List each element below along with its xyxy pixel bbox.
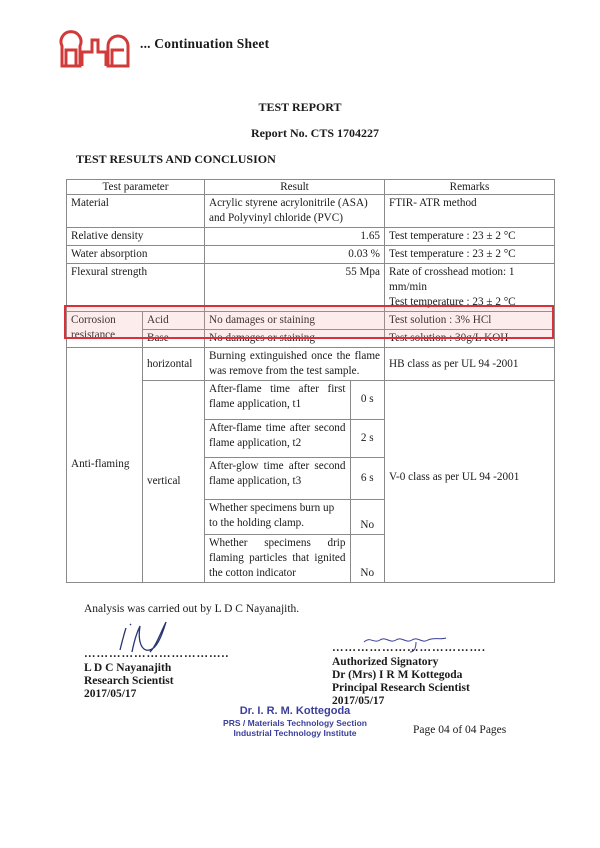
vertical-item-value: 0 s bbox=[350, 381, 384, 419]
table-row-corrosion-acid: Corrosion resistance Acid No damages or … bbox=[67, 312, 555, 330]
vertical-item: After-flame time after second flame appl… bbox=[205, 419, 384, 457]
continuation-sheet-label: ... Continuation Sheet bbox=[140, 36, 269, 52]
vertical-item-value: No bbox=[350, 499, 384, 534]
remarks-horizontal: HB class as per UL 94 -2001 bbox=[385, 348, 555, 381]
vertical-label: vertical bbox=[143, 381, 205, 583]
vertical-item-desc: After-flame time after first flame appli… bbox=[205, 381, 350, 419]
remarks-base: Test solution : 30g/L KOH bbox=[385, 330, 555, 348]
page-number: Page 04 of 04 Pages bbox=[413, 724, 506, 736]
report-title: TEST REPORT bbox=[0, 100, 600, 115]
param-material: Material bbox=[67, 195, 205, 228]
iti-logo-icon bbox=[58, 28, 132, 68]
vertical-item: After-glow time after second flame appli… bbox=[205, 457, 384, 499]
remarks-vertical: V-0 class as per UL 94 -2001 bbox=[385, 381, 555, 583]
left-signatory-role: Research Scientist bbox=[84, 675, 174, 688]
right-signatory-role: Principal Research Scientist bbox=[332, 682, 470, 695]
remarks-flexural-temp: Test temperature : 23 ± 2 °C bbox=[389, 295, 550, 310]
corrosion-acid-label: Acid bbox=[143, 312, 205, 330]
section-heading: TEST RESULTS AND CONCLUSION bbox=[76, 152, 276, 167]
table-row: Relative density 1.65 Test temperature :… bbox=[67, 228, 555, 246]
result-base: No damages or staining bbox=[205, 330, 385, 348]
right-signatory-name: Dr (Mrs) I R M Kottegoda bbox=[332, 669, 470, 682]
stamp-name: Dr. I. R. M. Kottegoda bbox=[0, 705, 600, 717]
result-material: Acrylic styrene acrylonitrile (ASA) and … bbox=[205, 195, 385, 228]
table-row: Flexural strength 55 Mpa Rate of crosshe… bbox=[67, 264, 555, 312]
remarks-acid: Test solution : 3% HCl bbox=[385, 312, 555, 330]
result-water: 0.03 % bbox=[205, 246, 385, 264]
left-signatory: L D C Nayanajith Research Scientist 2017… bbox=[84, 662, 174, 701]
right-signatory: Authorized Signatory Dr (Mrs) I R M Kott… bbox=[332, 656, 470, 708]
results-table: Test parameter Result Remarks Material A… bbox=[66, 179, 555, 583]
vertical-item: Whether specimens burn up to the holding… bbox=[205, 499, 384, 534]
remarks-density: Test temperature : 23 ± 2 °C bbox=[385, 228, 555, 246]
left-signatory-date: 2017/05/17 bbox=[84, 688, 174, 701]
remarks-flexural: Rate of crosshead motion: 1 mm/min Test … bbox=[385, 264, 555, 312]
vertical-item-desc: Whether specimens burn up to the holding… bbox=[205, 499, 350, 534]
result-density: 1.65 bbox=[205, 228, 385, 246]
signature-line-left: …………………………….. bbox=[84, 648, 229, 661]
param-flexural: Flexural strength bbox=[67, 264, 205, 312]
table-row-horizontal: Anti-flaming horizontal Burning extingui… bbox=[67, 348, 555, 381]
vertical-tests: After-flame time after first flame appli… bbox=[205, 381, 385, 583]
stamp-institute: Industrial Technology Institute bbox=[0, 728, 600, 738]
vertical-item-value: 6 s bbox=[350, 457, 384, 499]
result-flexural: 55 Mpa bbox=[205, 264, 385, 312]
horizontal-label: horizontal bbox=[143, 348, 205, 381]
param-density: Relative density bbox=[67, 228, 205, 246]
corrosion-base-label: Base bbox=[143, 330, 205, 348]
table-row: Water absorption 0.03 % Test temperature… bbox=[67, 246, 555, 264]
table-header-row: Test parameter Result Remarks bbox=[67, 180, 555, 195]
vertical-item-desc: After-flame time after second flame appl… bbox=[205, 419, 350, 457]
vertical-item-value: No bbox=[350, 534, 384, 582]
report-number: Report No. CTS 1704227 bbox=[0, 126, 600, 141]
vertical-subtable: After-flame time after first flame appli… bbox=[205, 381, 384, 582]
result-acid: No damages or staining bbox=[205, 312, 385, 330]
right-signatory-title: Authorized Signatory bbox=[332, 656, 470, 669]
remarks-flexural-rate: Rate of crosshead motion: 1 mm/min bbox=[389, 265, 550, 295]
result-horizontal: Burning extinguished once the flame was … bbox=[205, 348, 385, 381]
param-antiflaming: Anti-flaming bbox=[67, 348, 143, 583]
vertical-item: After-flame time after first flame appli… bbox=[205, 381, 384, 419]
table-row: Material Acrylic styrene acrylonitrile (… bbox=[67, 195, 555, 228]
header-remarks: Remarks bbox=[385, 180, 555, 195]
remarks-water: Test temperature : 23 ± 2 °C bbox=[385, 246, 555, 264]
header-result: Result bbox=[205, 180, 385, 195]
vertical-item-value: 2 s bbox=[350, 419, 384, 457]
vertical-item-desc: Whether specimens drip flaming particles… bbox=[205, 534, 350, 582]
param-corrosion: Corrosion resistance bbox=[67, 312, 143, 348]
param-water: Water absorption bbox=[67, 246, 205, 264]
stamp-section: PRS / Materials Technology Section bbox=[0, 718, 600, 728]
header-test-parameter: Test parameter bbox=[67, 180, 205, 195]
remarks-material: FTIR- ATR method bbox=[385, 195, 555, 228]
signature-line-right: ………………………………. bbox=[332, 642, 486, 655]
vertical-item: Whether specimens drip flaming particles… bbox=[205, 534, 384, 582]
vertical-item-desc: After-glow time after second flame appli… bbox=[205, 457, 350, 499]
left-signatory-name: L D C Nayanajith bbox=[84, 662, 174, 675]
